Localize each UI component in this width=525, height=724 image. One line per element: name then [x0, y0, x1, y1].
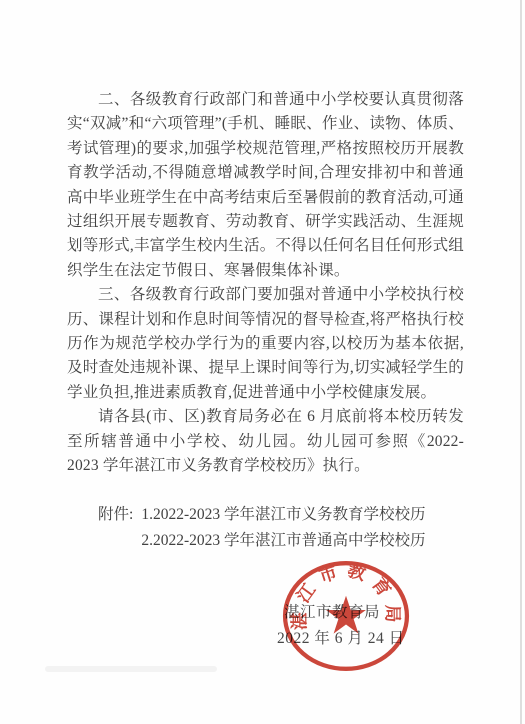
seal-star-icon [326, 596, 366, 634]
attachment-label: 附件: [98, 502, 133, 553]
attachment-item-2: 2.2022-2023 学年湛江市普通高中学校校历 [141, 528, 425, 554]
paragraph-item-three: 三、各级教育行政部门要加强对普通中小学校执行校历、课程计划和作息时间等情况的督导… [67, 283, 464, 405]
attachment-block: 附件: 1.2022-2023 学年湛江市义务教育学校校历 2.2022-202… [98, 502, 425, 553]
scan-edge-line [520, 0, 522, 724]
scanned-document-page: 二、各级教育行政部门和普通中小学校要认真贯彻落实“双减”和“六项管理”(手机、睡… [0, 0, 525, 724]
attachment-item-1: 1.2022-2023 学年湛江市义务教育学校校历 [141, 502, 425, 528]
official-red-seal-icon: 湛江市教育局 [281, 559, 411, 673]
document-body: 二、各级教育行政部门和普通中小学校要认真贯彻落实“双减”和“六项管理”(手机、睡… [67, 88, 464, 479]
paragraph-item-two: 二、各级教育行政部门和普通中小学校要认真贯彻落实“双减”和“六项管理”(手机、睡… [67, 88, 464, 283]
scan-smudge-artifact [45, 666, 217, 672]
paragraph-request: 请各县(市、区)教育局务必在 6 月底前将本校历转发至所辖普通中小学校、幼儿园。… [67, 405, 464, 478]
